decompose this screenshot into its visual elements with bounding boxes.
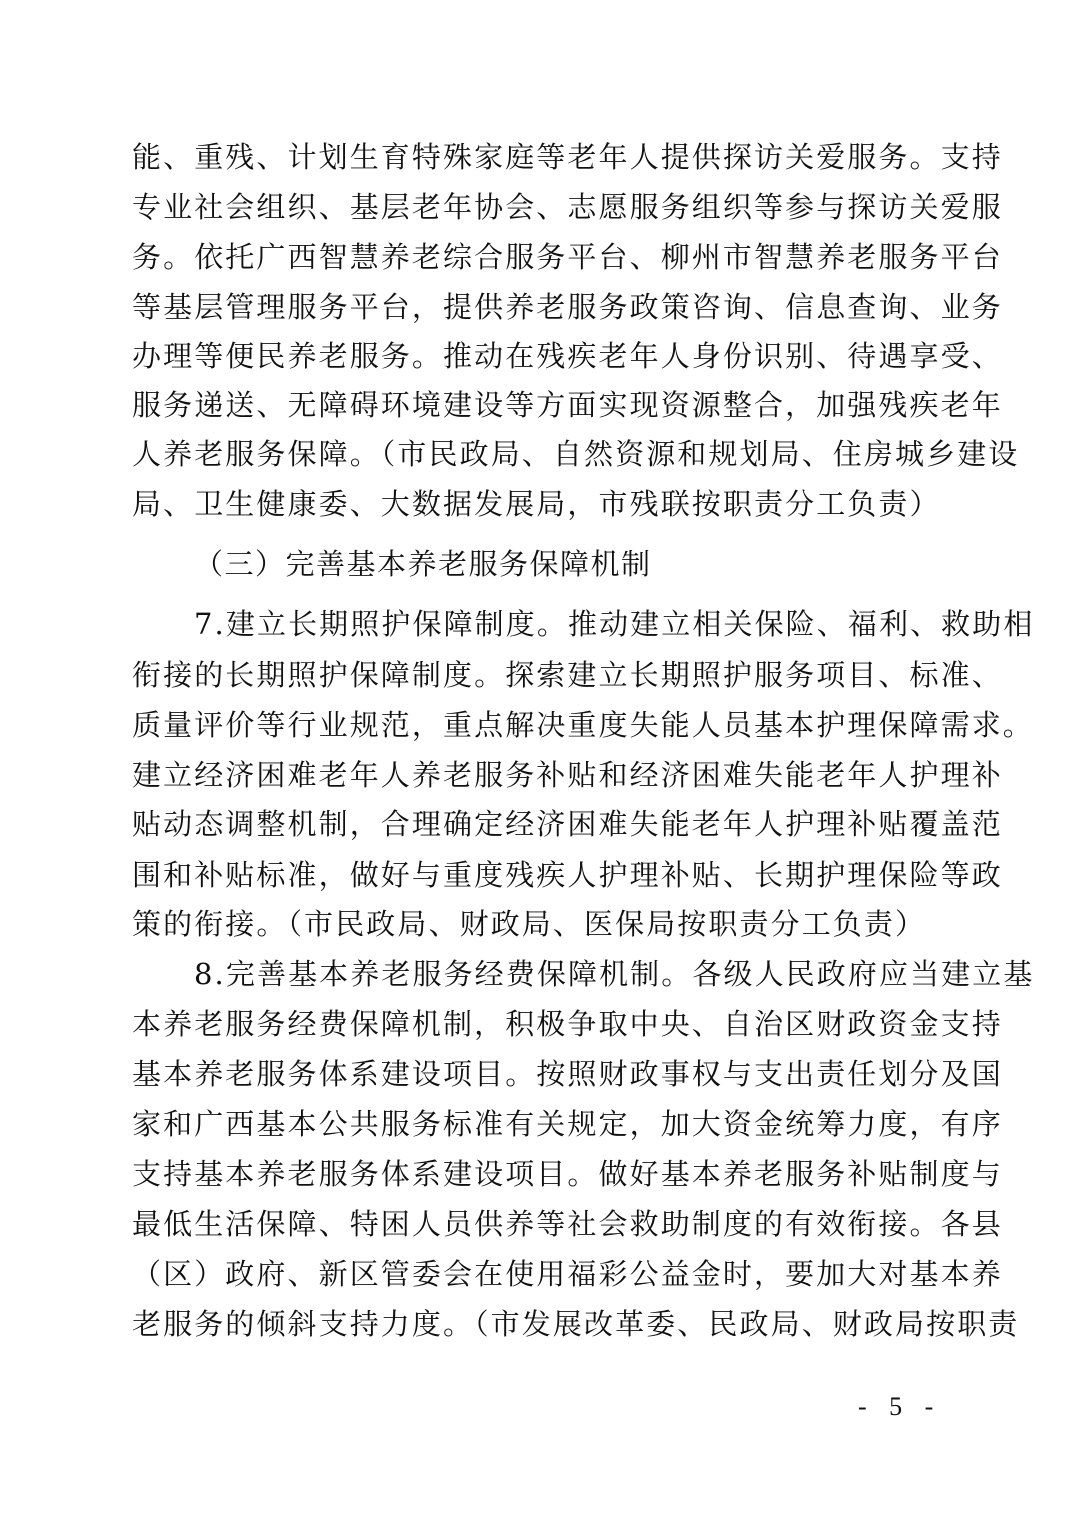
paragraph-line: 策的衔接。（市民政局、财政局、医保局按职责分工负责） — [132, 904, 947, 944]
paragraph-line: 专业社会组织、基层老年协会、志愿服务组织等参与探访关爱服 — [132, 187, 947, 227]
paragraph-line: 局、卫生健康委、大数据发展局，市残联按职责分工负责） — [132, 484, 947, 524]
paragraph-line: 衔接的长期照护保障制度。探索建立长期照护服务项目、标准、 — [132, 655, 947, 695]
section-heading: （三）完善基本养老服务保障机制 — [194, 544, 652, 584]
paragraph-line: 围和补贴标准，做好与重度残疾人护理补贴、长期护理保险等政 — [132, 855, 947, 895]
paragraph-line: 人养老服务保障。（市民政局、自然资源和规划局、住房城乡建设 — [132, 434, 947, 474]
page-number: - 5 - — [858, 1392, 941, 1422]
paragraph-line: 务。依托广西智慧养老综合服务平台、柳州市智慧养老服务平台 — [132, 237, 947, 277]
paragraph-line: 办理等便民养老服务。推动在残疾老年人身份识别、待遇享受、 — [132, 336, 947, 376]
paragraph-line: 支持基本养老服务体系建设项目。做好基本养老服务补贴制度与 — [132, 1154, 947, 1194]
paragraph-line: 建立经济困难老年人养老服务补贴和经济困难失能老年人护理补 — [132, 755, 947, 795]
paragraph-line: 家和广西基本公共服务标准有关规定，加大资金统筹力度，有序 — [132, 1104, 947, 1144]
paragraph-line: 质量评价等行业规范，重点解决重度失能人员基本护理保障需求。 — [132, 705, 947, 745]
paragraph-line: 能、重残、计划生育特殊家庭等老年人提供探访关爱服务。支持 — [132, 137, 947, 177]
document-page: 能、重残、计划生育特殊家庭等老年人提供探访关爱服务。支持 专业社会组织、基层老年… — [0, 0, 1074, 1520]
paragraph-line: 基本养老服务体系建设项目。按照财政事权与支出责任划分及国 — [132, 1054, 947, 1094]
paragraph-line: 服务递送、无障碍环境建设等方面实现资源整合，加强残疾老年 — [132, 385, 947, 425]
paragraph-line: 7.建立长期照护保障制度。推动建立相关保险、福利、救助相 — [194, 604, 947, 644]
paragraph-line: 老服务的倾斜支持力度。（市发展改革委、民政局、财政局按职责 — [132, 1304, 947, 1344]
paragraph-line: 贴动态调整机制，合理确定经济困难失能老年人护理补贴覆盖范 — [132, 804, 947, 844]
paragraph-line: 8.完善基本养老服务经费保障机制。各级人民政府应当建立基 — [194, 954, 947, 994]
paragraph-line: 本养老服务经费保障机制，积极争取中央、自治区财政资金支持 — [132, 1004, 947, 1044]
paragraph-line: （区）政府、新区管委会在使用福彩公益金时，要加大对基本养 — [132, 1254, 947, 1294]
paragraph-line: 等基层管理服务平台，提供养老服务政策咨询、信息查询、业务 — [132, 287, 947, 327]
paragraph-line: 最低生活保障、特困人员供养等社会救助制度的有效衔接。各县 — [132, 1204, 947, 1244]
